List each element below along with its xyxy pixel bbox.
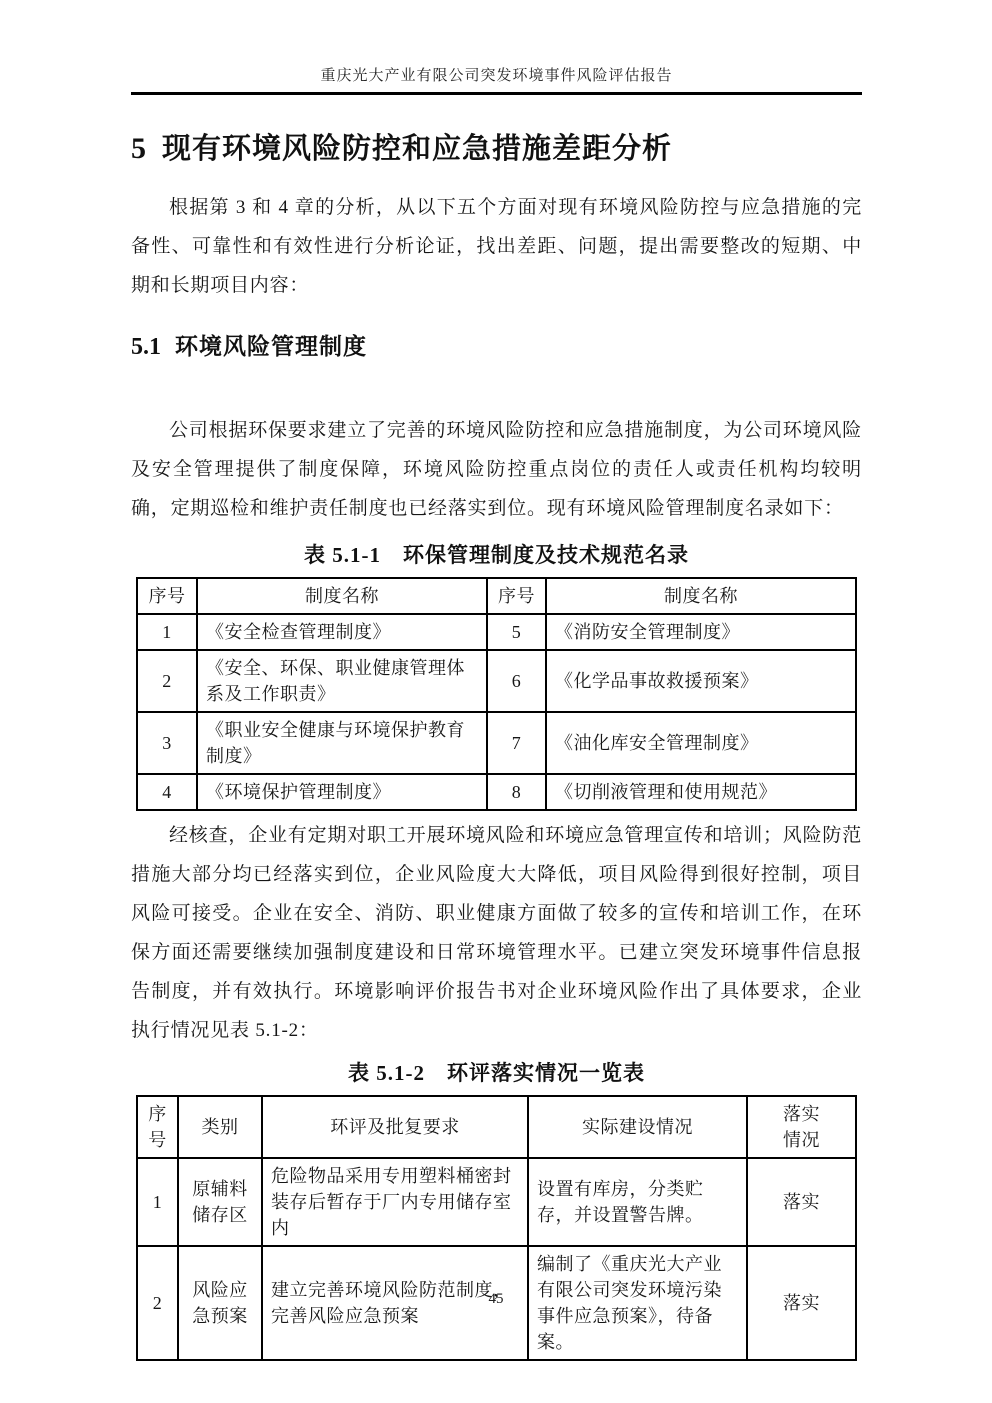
table-header-row: 序号 制度名称 序号 制度名称 — [137, 578, 856, 614]
table-cell-seq: 4 — [137, 774, 197, 810]
column-header: 环评及批复要求 — [262, 1096, 528, 1158]
table-cell: 危险物品采用专用塑料桶密封装存后暂存于厂内专用储存室内 — [262, 1158, 528, 1246]
chapter-heading: 5现有环境风险防控和应急措施差距分析 — [131, 128, 862, 175]
table-cell: 《切削液管理和使用规范》 — [546, 774, 856, 810]
running-header: 重庆光大产业有限公司突发环境事件风险评估报告 — [131, 0, 862, 95]
column-header: 制度名称 — [197, 578, 487, 614]
table-cell-seq: 1 — [137, 614, 197, 650]
table-cell: 《环境保护管理制度》 — [197, 774, 487, 810]
table-row: 1 原辅料储存区 危险物品采用专用塑料桶密封装存后暂存于厂内专用储存室内 设置有… — [137, 1158, 856, 1246]
table-regulations: 序号 制度名称 序号 制度名称 1 《安全检查管理制度》 5 《消防安全管理制度… — [136, 577, 857, 811]
table-row: 1 《安全检查管理制度》 5 《消防安全管理制度》 — [137, 614, 856, 650]
column-header: 序号 — [137, 578, 197, 614]
table-row: 3 《职业安全健康与环境保护教育制度》 7 《油化库安全管理制度》 — [137, 712, 856, 774]
table-cell: 原辅料储存区 — [178, 1158, 262, 1246]
column-header: 实际建设情况 — [528, 1096, 747, 1158]
table-cell: 设置有库房，分类贮存，并设置警告牌。 — [528, 1158, 747, 1246]
header-rule — [131, 92, 862, 95]
running-header-title: 重庆光大产业有限公司突发环境事件风险评估报告 — [131, 64, 862, 85]
column-header: 序号 — [137, 1096, 178, 1158]
table-cell: 《安全、环保、职业健康管理体系及工作职责》 — [197, 650, 487, 712]
column-header: 类别 — [178, 1096, 262, 1158]
table-row: 2 《安全、环保、职业健康管理体系及工作职责》 6 《化学品事故救援预案》 — [137, 650, 856, 712]
table-cell-seq: 2 — [137, 650, 197, 712]
table-cell-seq: 6 — [487, 650, 546, 712]
table2-caption-text: 环评落实情况一览表 — [447, 1062, 645, 1085]
section-heading: 5.1环境风险管理制度 — [131, 328, 862, 368]
table1-caption-text: 环保管理制度及技术规范名录 — [403, 544, 689, 567]
table-cell: 《消防安全管理制度》 — [546, 614, 856, 650]
table-cell-seq: 7 — [487, 712, 546, 774]
table-cell: 《职业安全健康与环境保护教育制度》 — [197, 712, 487, 774]
section-number: 5.1 — [131, 334, 161, 360]
table-cell: 《油化库安全管理制度》 — [546, 712, 856, 774]
table-row: 4 《环境保护管理制度》 8 《切削液管理和使用规范》 — [137, 774, 856, 810]
table-cell-seq: 8 — [487, 774, 546, 810]
table-cell-seq: 3 — [137, 712, 197, 774]
after-table1-paragraph: 经核查，企业有定期对职工开展环境风险和环境应急管理宣传和培训；风险防范措施大部分… — [131, 816, 862, 1050]
column-header: 制度名称 — [546, 578, 856, 614]
intro-paragraph: 根据第 3 和 4 章的分析，从以下五个方面对现有环境风险防控与应急措施的完备性… — [131, 188, 862, 305]
column-header: 序号 — [487, 578, 546, 614]
table1-caption: 表 5.1-1环保管理制度及技术规范名录 — [131, 539, 862, 569]
table2-caption: 表 5.1-2环评落实情况一览表 — [131, 1057, 862, 1087]
table-cell-seq: 1 — [137, 1158, 178, 1246]
chapter-title: 现有环境风险防控和应急措施差距分析 — [162, 133, 672, 165]
section-body-paragraph: 公司根据环保要求建立了完善的环境风险防控和应急措施制度，为公司环境风险及安全管理… — [131, 411, 862, 528]
section-title: 环境风险管理制度 — [175, 333, 367, 359]
table-eia-implementation: 序号 类别 环评及批复要求 实际建设情况 落实情况 1 原辅料储存区 危险物品采… — [136, 1095, 857, 1361]
table-header-row: 序号 类别 环评及批复要求 实际建设情况 落实情况 — [137, 1096, 856, 1158]
document-page: 重庆光大产业有限公司突发环境事件风险评估报告 5现有环境风险防控和应急措施差距分… — [0, 0, 992, 1403]
column-header: 落实情况 — [747, 1096, 856, 1158]
table1-caption-label: 表 5.1-1 — [304, 543, 381, 567]
page-content: 重庆光大产业有限公司突发环境事件风险评估报告 5现有环境风险防控和应急措施差距分… — [131, 0, 862, 1361]
table2-caption-label: 表 5.1-2 — [348, 1061, 425, 1085]
table-cell-seq: 5 — [487, 614, 546, 650]
page-number: 45 — [0, 1291, 992, 1308]
table-cell: 《安全检查管理制度》 — [197, 614, 487, 650]
chapter-number: 5 — [131, 132, 146, 165]
table-cell: 落实 — [747, 1158, 856, 1246]
table-cell: 《化学品事故救援预案》 — [546, 650, 856, 712]
